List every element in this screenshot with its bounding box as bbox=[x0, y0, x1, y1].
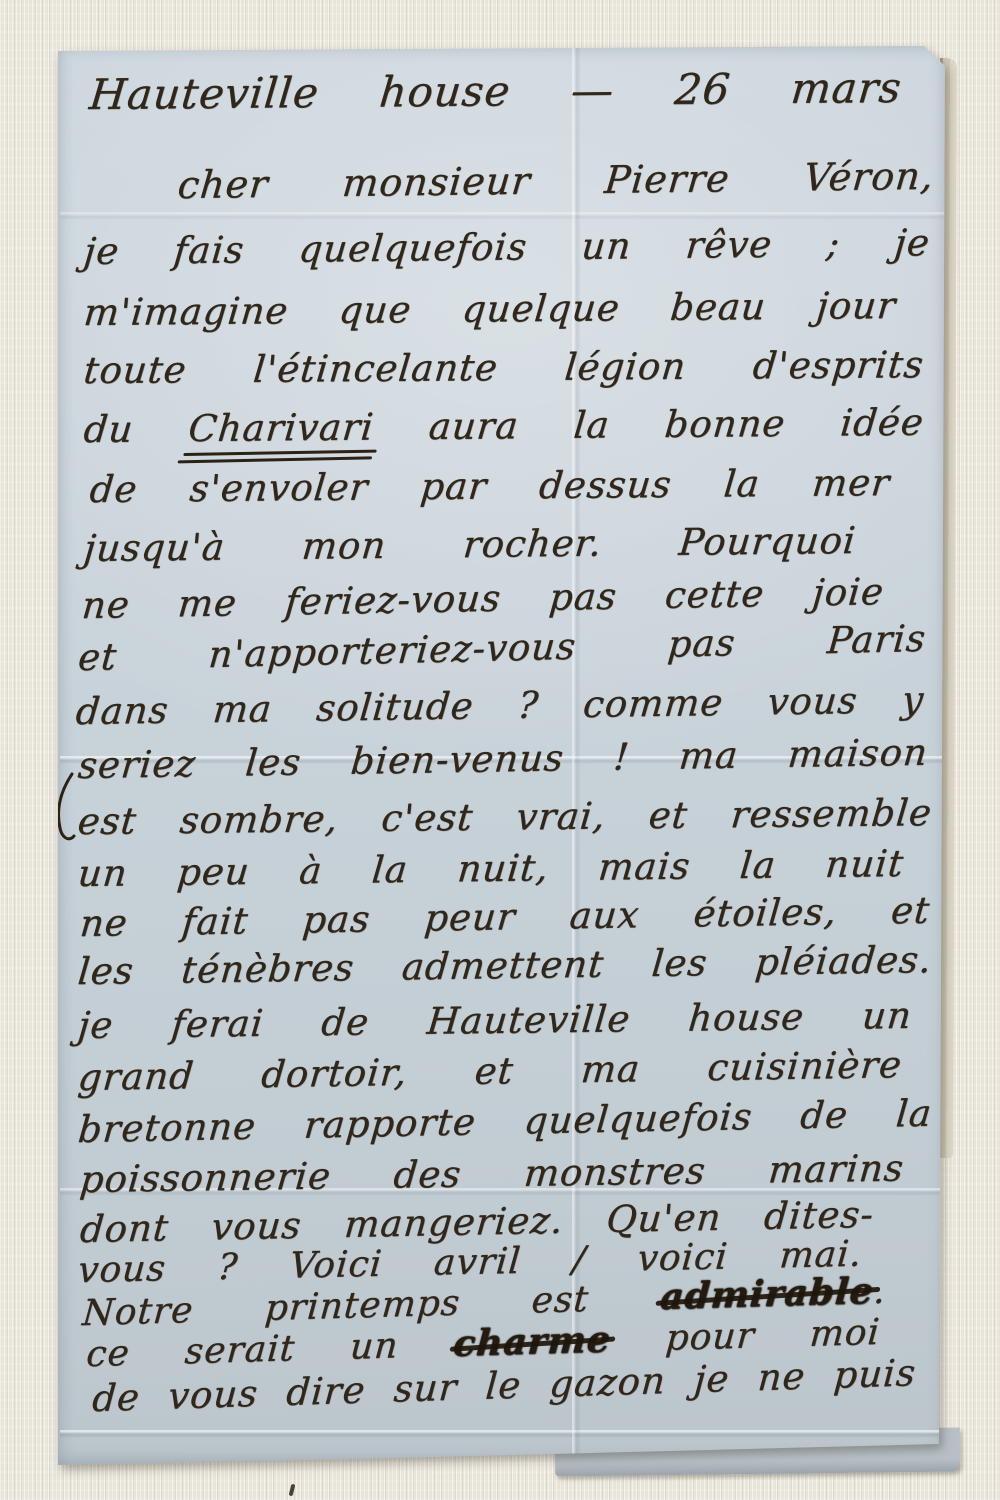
letter-line: de s'envoler par dessus la mer bbox=[88, 461, 892, 511]
letter-line: seriez les bien-venus ! ma maison bbox=[76, 731, 930, 787]
overwritten-word-charme: charme bbox=[452, 1318, 613, 1365]
letter-line: ne me feriez-vous pas cette joie bbox=[80, 570, 886, 627]
letter-line: toute l'étincelante légion d'esprits bbox=[82, 343, 926, 392]
letter-line: les ténèbres admettent les pléiades. bbox=[76, 938, 934, 993]
letter-line: bretonne rapporte quelquefois de la bbox=[76, 1092, 934, 1151]
letter-line: dans ma solitude ? comme vous y bbox=[74, 678, 926, 733]
letterhead-date-line: Hauteville house — 26 mars bbox=[87, 63, 904, 119]
letter-line: je ferai de Hauteville house un bbox=[76, 994, 914, 1047]
line-segment: du bbox=[82, 407, 191, 451]
letter-line: grand dortoir, et ma cuisinière bbox=[76, 1043, 904, 1099]
overwritten-word-admirable: admirable bbox=[659, 1270, 875, 1318]
letter-line: un peu à la nuit, mais la nuit bbox=[76, 842, 906, 895]
letter-line: je fais quelquefois un rêve ; je bbox=[82, 221, 932, 273]
letter-line: poissonnerie des monstres marins bbox=[78, 1146, 906, 1201]
handwriting-layer: Hauteville house — 26 mars cher monsieur… bbox=[0, 0, 1000, 1500]
letter-line-charivari: du Charivari aura la bonne idée bbox=[82, 401, 926, 451]
letter-line: et n'apporteriez-vous pas Paris bbox=[76, 617, 927, 679]
photo-scene: Hauteville house — 26 mars cher monsieur… bbox=[0, 0, 1000, 1500]
letter-line: m'imagine que quelque beau jour bbox=[82, 284, 898, 334]
letter-line: est sombre, c'est vrai, et ressemble bbox=[76, 791, 934, 843]
letter-line: jusqu'à mon rocher. Pourquoi bbox=[82, 519, 858, 570]
letter-line: ne fait pas peur aux étoiles, et bbox=[78, 889, 932, 945]
salutation-line: cher monsieur Pierre Véron, bbox=[176, 154, 936, 207]
underlined-word-charivari: Charivari bbox=[187, 405, 376, 450]
line-segment: aura la bonne idée bbox=[372, 401, 926, 449]
